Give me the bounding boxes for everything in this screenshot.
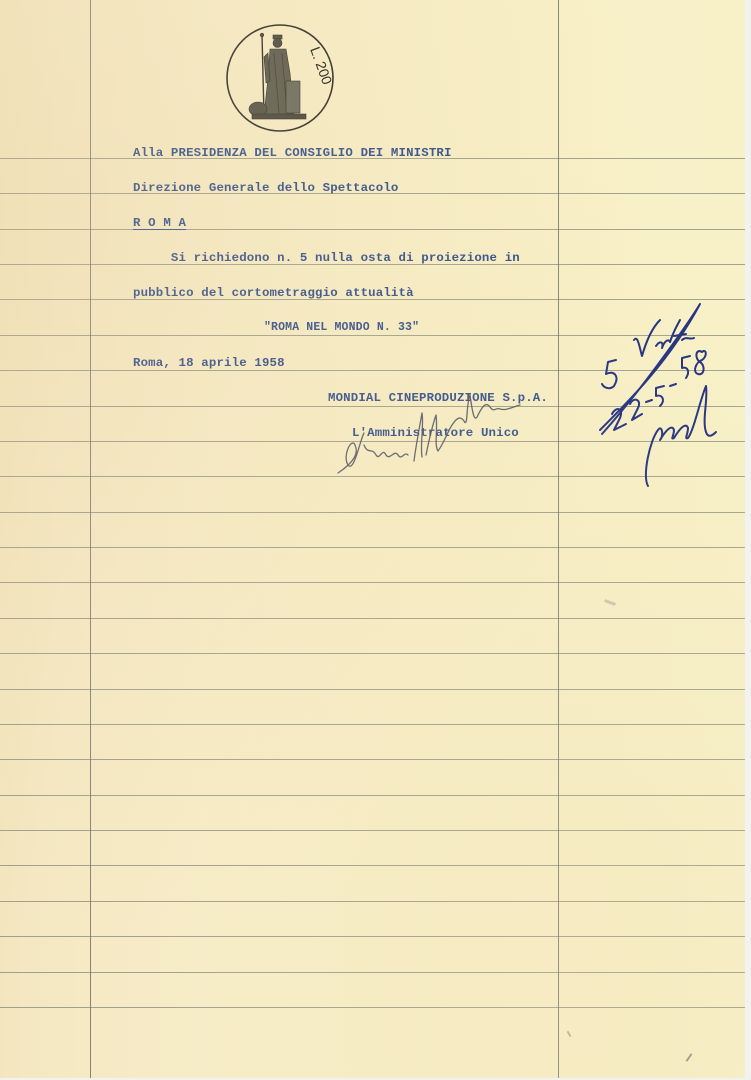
italia-allegory-figure-icon: L. 200 <box>224 23 336 133</box>
paper-sheet: L. 200 Alla PRESIDENZA DEL CONSIGLIO DEI… <box>0 0 745 1078</box>
ruled-line <box>0 865 745 866</box>
ruled-line <box>0 582 745 583</box>
revenue-stamp: L. 200 <box>224 23 336 133</box>
paper-mark <box>567 1031 571 1037</box>
right-margin-line <box>558 0 559 1078</box>
ruled-line <box>0 229 745 230</box>
ruled-line <box>0 972 745 973</box>
ruled-line <box>0 724 745 725</box>
ruled-line <box>0 795 745 796</box>
date-line: Roma, 18 aprile 1958 <box>133 356 285 370</box>
ruled-line <box>0 547 745 548</box>
addressee-line-2: Direzione Generale dello Spettacolo <box>133 181 399 195</box>
film-title: "ROMA NEL MONDO N. 33" <box>264 321 419 335</box>
ruled-line <box>0 759 745 760</box>
ruled-line <box>0 689 745 690</box>
addressee-line-1: Alla PRESIDENZA DEL CONSIGLIO DEI MINIST… <box>133 146 452 160</box>
body-line-2: pubblico del cortometraggio attualità <box>133 286 414 300</box>
left-margin-line <box>90 0 91 1078</box>
ruled-line <box>0 653 745 654</box>
ruled-line <box>0 901 745 902</box>
ruled-line <box>0 512 745 513</box>
margin-annotation <box>590 290 730 490</box>
paper-mark <box>604 599 616 606</box>
addressee-city: R O M A <box>133 216 186 230</box>
ruled-line <box>0 936 745 937</box>
ruled-line <box>0 618 745 619</box>
handwritten-signature <box>330 385 550 480</box>
ruled-line <box>0 830 745 831</box>
paper-mark <box>686 1053 693 1062</box>
body-line-1: Si richiedono n. 5 nulla osta di proiezi… <box>133 251 520 265</box>
ruled-line <box>0 1007 745 1008</box>
